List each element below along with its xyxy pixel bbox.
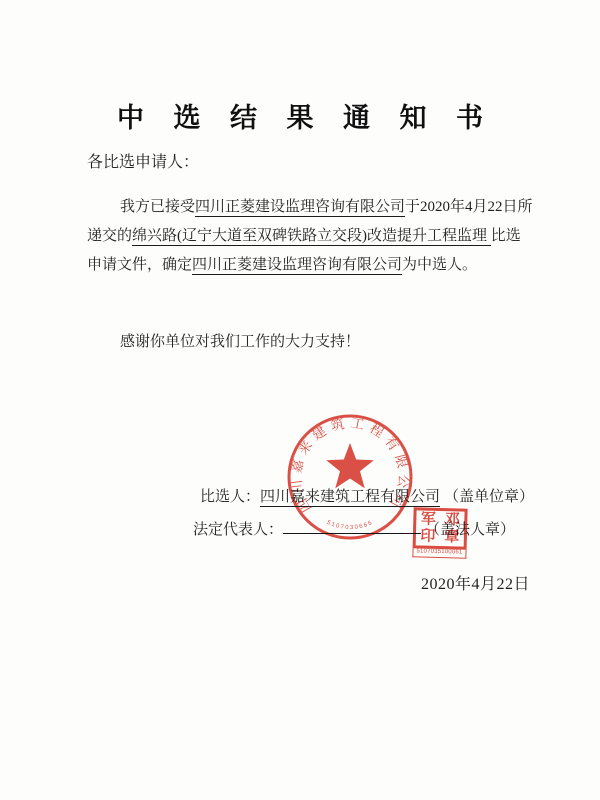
bidder-name: 四川嘉来建筑工程有限公司: [260, 489, 440, 507]
p3-underlined-company: 四川正菱建设监理咨询有限公司: [192, 257, 402, 275]
p2-post: 比选: [491, 228, 521, 244]
seal-char-1: 军: [421, 511, 436, 527]
legal-rep-signature-blank: [283, 520, 421, 534]
legal-rep-seal-stamp: 军 邓 印 章 5107035100061: [412, 507, 467, 558]
paragraph-line-1: 我方已接受四川正菱建设监理咨询有限公司于2020年4月22日所: [87, 193, 547, 222]
legal-rep-label: 法定代表人：: [193, 522, 283, 538]
bidder-label: 比选人：: [200, 489, 260, 505]
p3-post: 为中选人。: [402, 257, 477, 273]
p1-underlined-company: 四川正菱建设监理咨询有限公司: [195, 199, 405, 217]
paragraph-line-2: 递交的绵兴路(辽宁大道至双碑铁路立交段)改造提升工程监理 比选: [87, 222, 547, 251]
seal-star-icon: [326, 443, 374, 488]
legal-rep-seal-grid: 军 邓 印 章: [413, 507, 468, 549]
p2-underlined-project: 绵兴路(辽宁大道至双碑铁路立交段)改造提升工程监理: [132, 228, 491, 246]
seal-char-4: 章: [444, 529, 459, 545]
bidder-line: 比选人：四川嘉来建筑工程有限公司（盖单位章）: [200, 485, 534, 506]
notice-document: 中 选 结 果 通 知 书 各比选申请人： 我方已接受四川正菱建设监理咨询有限公…: [0, 0, 600, 800]
legal-rep-seal-number: 5107035100061: [412, 548, 466, 558]
salutation: 各比选申请人：: [87, 149, 199, 172]
p3-pre: 申请文件，确定: [87, 257, 192, 273]
seal-char-3: 印: [420, 529, 435, 545]
bidder-seal-note: （盖单位章）: [444, 489, 534, 505]
body-paragraph: 我方已接受四川正菱建设监理咨询有限公司于2020年4月22日所 递交的绵兴路(辽…: [87, 193, 547, 280]
paragraph-line-3: 申请文件，确定四川正菱建设监理咨询有限公司为中选人。: [87, 251, 547, 280]
seal-char-2: 邓: [445, 512, 460, 528]
p1-pre: 我方已接受: [120, 199, 195, 215]
p1-post: 于2020年4月22日所: [405, 199, 533, 215]
p2-pre: 递交的: [87, 228, 132, 244]
document-title: 中 选 结 果 通 知 书: [0, 96, 600, 135]
date-line: 2020年4月22日: [421, 571, 530, 594]
thanks-line: 感谢你单位对我们工作的大力支持！: [120, 330, 360, 351]
